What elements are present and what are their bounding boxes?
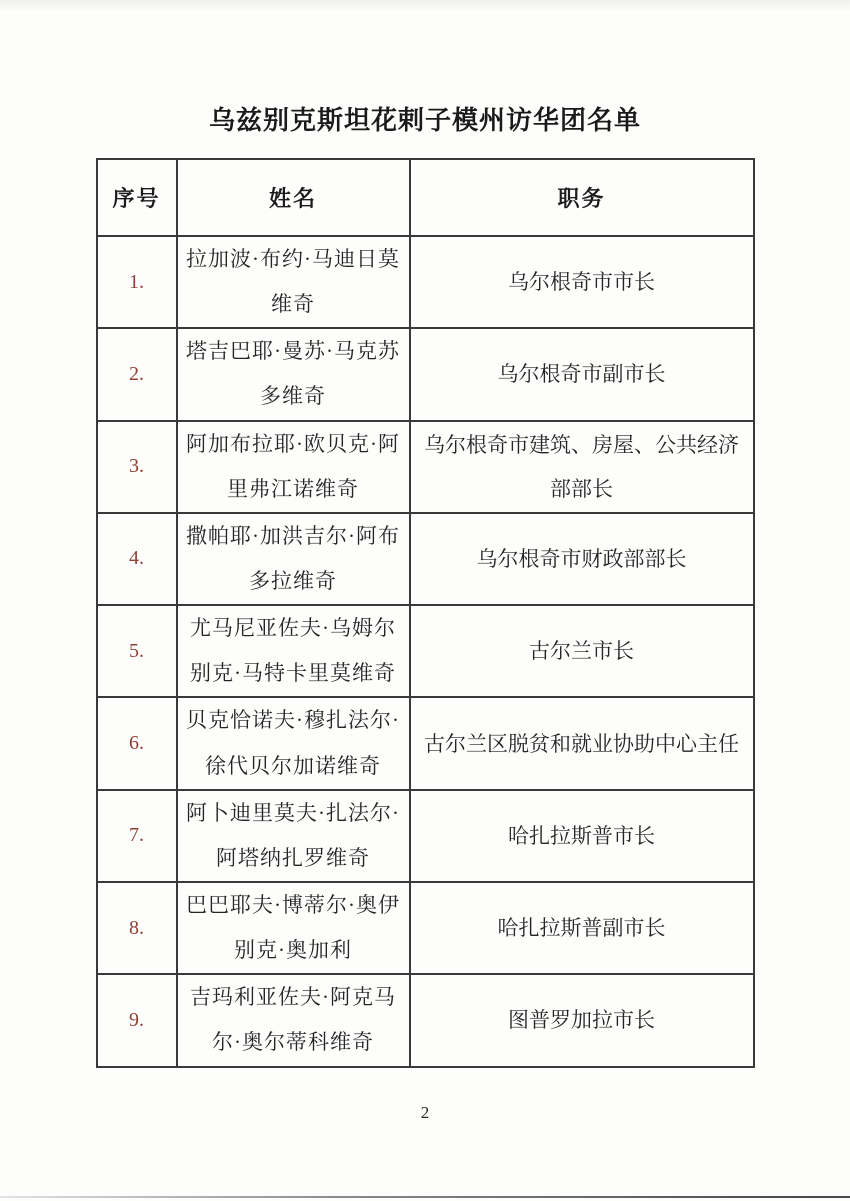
name-cell: 巴巴耶夫·博蒂尔·奥伊别克·奥加利	[177, 882, 410, 974]
seq-cell: 8.	[97, 882, 177, 974]
position-cell: 古尔兰市长	[410, 605, 754, 697]
table-row: 6.贝克恰诺夫·穆扎法尔·徐代贝尔加诺维奇古尔兰区脱贫和就业协助中心主任	[97, 697, 754, 789]
position-cell: 哈扎拉斯普市长	[410, 790, 754, 882]
table-header-row: 序号 姓名 职务	[97, 159, 754, 236]
seq-cell: 7.	[97, 790, 177, 882]
position-cell: 乌尔根奇市财政部部长	[410, 513, 754, 605]
name-cell: 拉加波·布约·马迪日莫维奇	[177, 236, 410, 328]
position-cell: 哈扎拉斯普副市长	[410, 882, 754, 974]
table-row: 2.塔吉巴耶·曼苏·马克苏多维奇乌尔根奇市副市长	[97, 328, 754, 420]
column-header-seq: 序号	[97, 159, 177, 236]
delegation-roster-table: 序号 姓名 职务 1.拉加波·布约·马迪日莫维奇乌尔根奇市市长2.塔吉巴耶·曼苏…	[96, 158, 755, 1068]
seq-cell: 4.	[97, 513, 177, 605]
seq-cell: 1.	[97, 236, 177, 328]
seq-cell: 9.	[97, 974, 177, 1066]
column-header-position: 职务	[410, 159, 754, 236]
position-cell: 古尔兰区脱贫和就业协助中心主任	[410, 697, 754, 789]
name-cell: 阿加布拉耶·欧贝克·阿里弗江诺维奇	[177, 421, 410, 513]
table-row: 7.阿卜迪里莫夫·扎法尔·阿塔纳扎罗维奇哈扎拉斯普市长	[97, 790, 754, 882]
position-cell: 图普罗加拉市长	[410, 974, 754, 1066]
page-title: 乌兹别克斯坦花剌子模州访华团名单	[0, 0, 850, 137]
table-row: 1.拉加波·布约·马迪日莫维奇乌尔根奇市市长	[97, 236, 754, 328]
name-cell: 撒帕耶·加洪吉尔·阿布多拉维奇	[177, 513, 410, 605]
name-cell: 尤马尼亚佐夫·乌姆尔别克·马特卡里莫维奇	[177, 605, 410, 697]
name-cell: 吉玛利亚佐夫·阿克马尔·奥尔蒂科维奇	[177, 974, 410, 1066]
document-page: 乌兹别克斯坦花剌子模州访华团名单 序号 姓名 职务 1.拉加波·布约·马迪日莫维…	[0, 0, 850, 1201]
scan-tint-top	[0, 0, 850, 12]
column-header-name: 姓名	[177, 159, 410, 236]
seq-cell: 5.	[97, 605, 177, 697]
table-row: 3.阿加布拉耶·欧贝克·阿里弗江诺维奇乌尔根奇市建筑、房屋、公共经济部部长	[97, 421, 754, 513]
table-row: 5.尤马尼亚佐夫·乌姆尔别克·马特卡里莫维奇古尔兰市长	[97, 605, 754, 697]
scan-edge-line	[0, 1196, 850, 1198]
page-number: 2	[0, 1103, 850, 1123]
name-cell: 阿卜迪里莫夫·扎法尔·阿塔纳扎罗维奇	[177, 790, 410, 882]
seq-cell: 2.	[97, 328, 177, 420]
table-row: 4.撒帕耶·加洪吉尔·阿布多拉维奇乌尔根奇市财政部部长	[97, 513, 754, 605]
position-cell: 乌尔根奇市市长	[410, 236, 754, 328]
name-cell: 贝克恰诺夫·穆扎法尔·徐代贝尔加诺维奇	[177, 697, 410, 789]
position-cell: 乌尔根奇市副市长	[410, 328, 754, 420]
seq-cell: 6.	[97, 697, 177, 789]
seq-cell: 3.	[97, 421, 177, 513]
name-cell: 塔吉巴耶·曼苏·马克苏多维奇	[177, 328, 410, 420]
table-row: 8.巴巴耶夫·博蒂尔·奥伊别克·奥加利哈扎拉斯普副市长	[97, 882, 754, 974]
position-cell: 乌尔根奇市建筑、房屋、公共经济部部长	[410, 421, 754, 513]
table-row: 9.吉玛利亚佐夫·阿克马尔·奥尔蒂科维奇图普罗加拉市长	[97, 974, 754, 1066]
